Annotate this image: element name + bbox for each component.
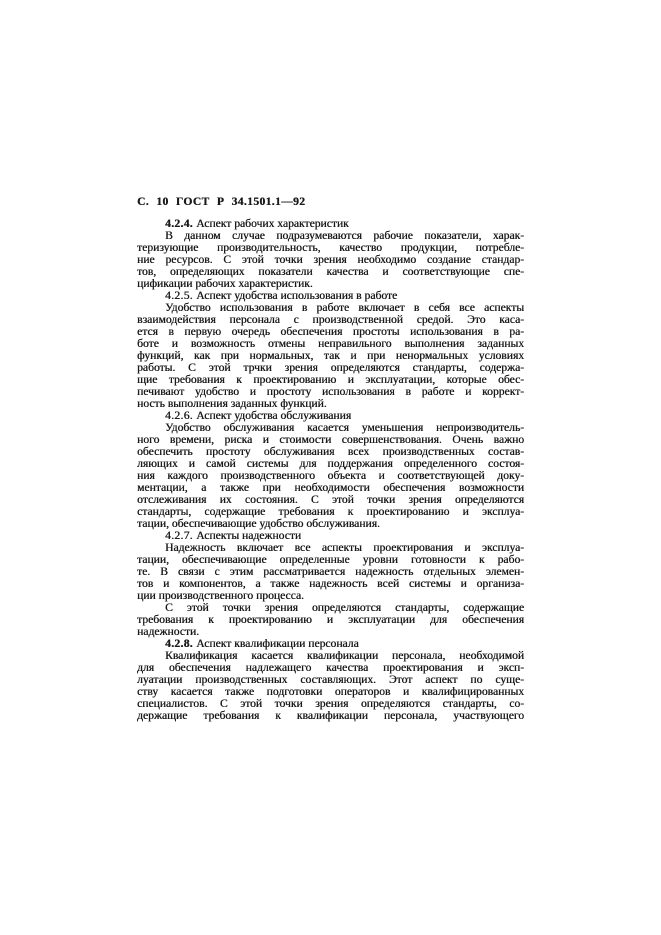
running-header: С. 10 ГОСТ Р 34.1501.1—92: [137, 196, 524, 208]
text-line: держащие требования к квалификации персо…: [137, 710, 524, 722]
document-page: С. 10 ГОСТ Р 34.1501.1—92 4.2.4. Аспект …: [0, 0, 661, 935]
text-block: 4.2.4. Аспект рабочих характеристикВ дан…: [137, 218, 524, 722]
page-content: С. 10 ГОСТ Р 34.1501.1—92 4.2.4. Аспект …: [137, 196, 524, 722]
